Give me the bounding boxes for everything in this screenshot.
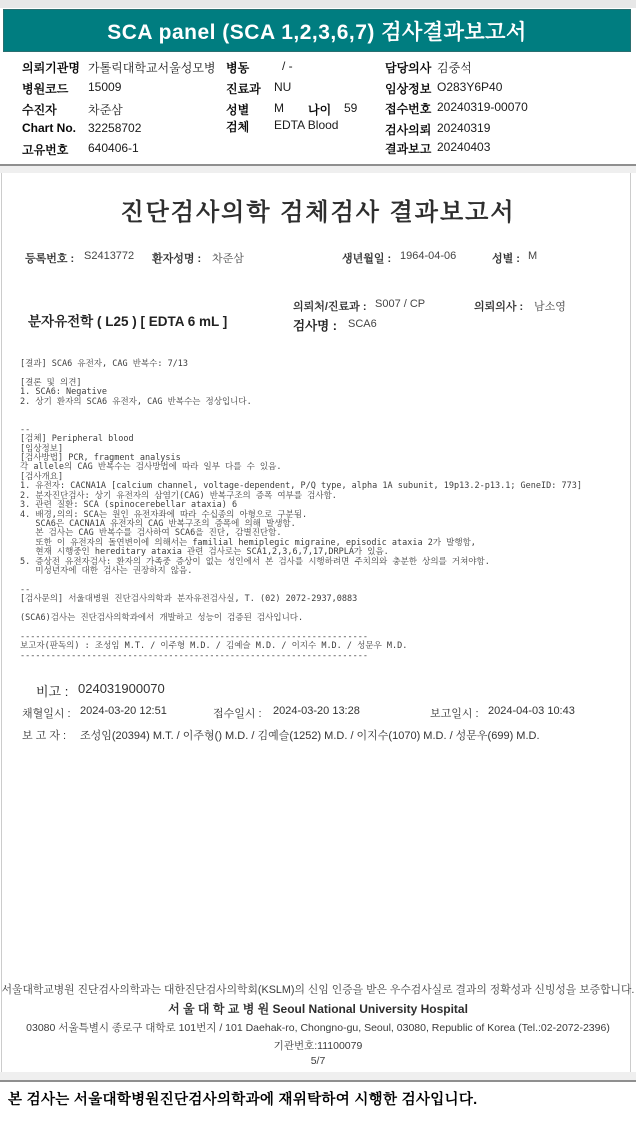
section-title: 분자유전학 ( L25 ) [ EDTA 6 mL ] bbox=[28, 310, 227, 330]
test-name-value: SCA6 bbox=[348, 318, 377, 330]
clinical-label: 임상정보 bbox=[385, 80, 431, 97]
birth-value: 1964-04-06 bbox=[400, 250, 456, 262]
report-title-bar: SCA panel (SCA 1,2,3,6,7) 검사결과보고서 bbox=[3, 9, 631, 52]
request-date-label: 검사의뢰 bbox=[385, 121, 431, 138]
report-time-value: 2024-04-03 10:43 bbox=[488, 705, 575, 717]
patient-value: 차준삼 bbox=[88, 101, 123, 118]
lab-report-screen: { "header": { "title": "SCA panel (SCA 1… bbox=[0, 0, 636, 1128]
age-label: 나이 bbox=[308, 101, 331, 118]
hospital-code-label: 병원코드 bbox=[22, 80, 68, 97]
receive-time-value: 2024-03-20 13:28 bbox=[273, 705, 360, 717]
page-number: 5/7 bbox=[0, 1055, 636, 1067]
dept-value: NU bbox=[274, 80, 291, 94]
uid-value: 640406-1 bbox=[88, 141, 139, 155]
specimen-value: EDTA Blood bbox=[274, 118, 338, 132]
collect-time-label: 채혈일시 : bbox=[22, 705, 71, 721]
reg-no-value: S2413772 bbox=[84, 250, 134, 262]
collect-time-value: 2024-03-20 12:51 bbox=[80, 705, 167, 717]
bottom-divider-line bbox=[0, 1080, 636, 1082]
report-time-label: 보고일시 : bbox=[430, 705, 479, 721]
dept-label: 진료과 bbox=[226, 80, 261, 97]
doctor-label: 담당의사 bbox=[385, 59, 431, 76]
outsource-note: 본 검사는 서울대학병원진단검사의학과에 재위탁하여 시행한 검사입니다. bbox=[8, 1088, 478, 1109]
accreditation-text: 서울대학교병원 진단검사의학과는 대한진단검사의학회(KSLM)의 신임 인증을… bbox=[0, 982, 636, 997]
receive-time-label: 접수일시 : bbox=[213, 705, 262, 721]
doctor-value: 김중석 bbox=[437, 59, 472, 76]
clinical-value: O283Y6P40 bbox=[437, 80, 502, 94]
top-strip bbox=[0, 0, 636, 8]
patient-name-label: 환자성명 : bbox=[152, 250, 201, 266]
note-value: 024031900070 bbox=[78, 681, 165, 696]
top-divider-band bbox=[0, 166, 636, 173]
receipt-no-label: 접수번호 bbox=[385, 100, 431, 117]
reg-no-label: 등록번호 : bbox=[25, 250, 74, 266]
ref-doctor-value: 남소영 bbox=[534, 298, 566, 314]
patient-name-value: 차준삼 bbox=[212, 250, 244, 266]
reporters-label: 보 고 자 : bbox=[22, 727, 66, 743]
birth-label: 생년월일 : bbox=[342, 250, 391, 266]
report-sex-label: 성별 : bbox=[492, 250, 520, 266]
ref-doctor-label: 의뢰의사 : bbox=[474, 298, 523, 314]
org-number: 기관번호:11100079 bbox=[0, 1038, 636, 1053]
chart-no-value: 32258702 bbox=[88, 121, 141, 135]
specimen-label: 검체 bbox=[226, 118, 249, 135]
patient-label: 수진자 bbox=[22, 101, 57, 118]
embedded-report-title: 진단검사의학 검체검사 결과보고서 bbox=[0, 192, 636, 227]
report-date-value: 20240403 bbox=[437, 140, 490, 154]
ward-label: 병동 bbox=[226, 59, 249, 76]
uid-label: 고유번호 bbox=[22, 141, 68, 158]
sex-label: 성별 bbox=[226, 101, 249, 118]
request-date-value: 20240319 bbox=[437, 121, 490, 135]
ward-value: / - bbox=[282, 59, 293, 73]
order-dept-value: S007 / CP bbox=[375, 298, 425, 310]
report-title: SCA panel (SCA 1,2,3,6,7) 검사결과보고서 bbox=[107, 16, 527, 46]
hospital-address: 03080 서울특별시 종로구 대학로 101번지 / 101 Daehak-r… bbox=[0, 1020, 636, 1035]
order-dept-label: 의뢰처/진료과 : bbox=[293, 298, 367, 314]
test-name-label: 검사명 : bbox=[293, 316, 337, 334]
note-label: 비고 : bbox=[36, 681, 68, 700]
age-value: 59 bbox=[344, 101, 357, 115]
sex-value: M bbox=[274, 101, 284, 115]
result-body-text: [결과] SCA6 유전자, CAG 반복수: 7/13 [결론 및 의견] 1… bbox=[20, 360, 582, 661]
reporters-value: 조성임(20394) M.T. / 이주형() M.D. / 김예슬(1252)… bbox=[80, 727, 540, 743]
org-label: 의뢰기관명 bbox=[22, 59, 80, 76]
chart-no-label: Chart No. bbox=[22, 121, 76, 135]
org-value: 가톨릭대학교서울성모병 bbox=[88, 59, 216, 76]
hospital-code-value: 15009 bbox=[88, 80, 121, 94]
receipt-no-value: 20240319-00070 bbox=[437, 100, 528, 114]
report-date-label: 결과보고 bbox=[385, 140, 431, 157]
hospital-name: 서 울 대 학 교 병 원 Seoul National University … bbox=[0, 1000, 636, 1017]
report-sex-value: M bbox=[528, 250, 537, 262]
bottom-divider-band bbox=[0, 1072, 636, 1080]
